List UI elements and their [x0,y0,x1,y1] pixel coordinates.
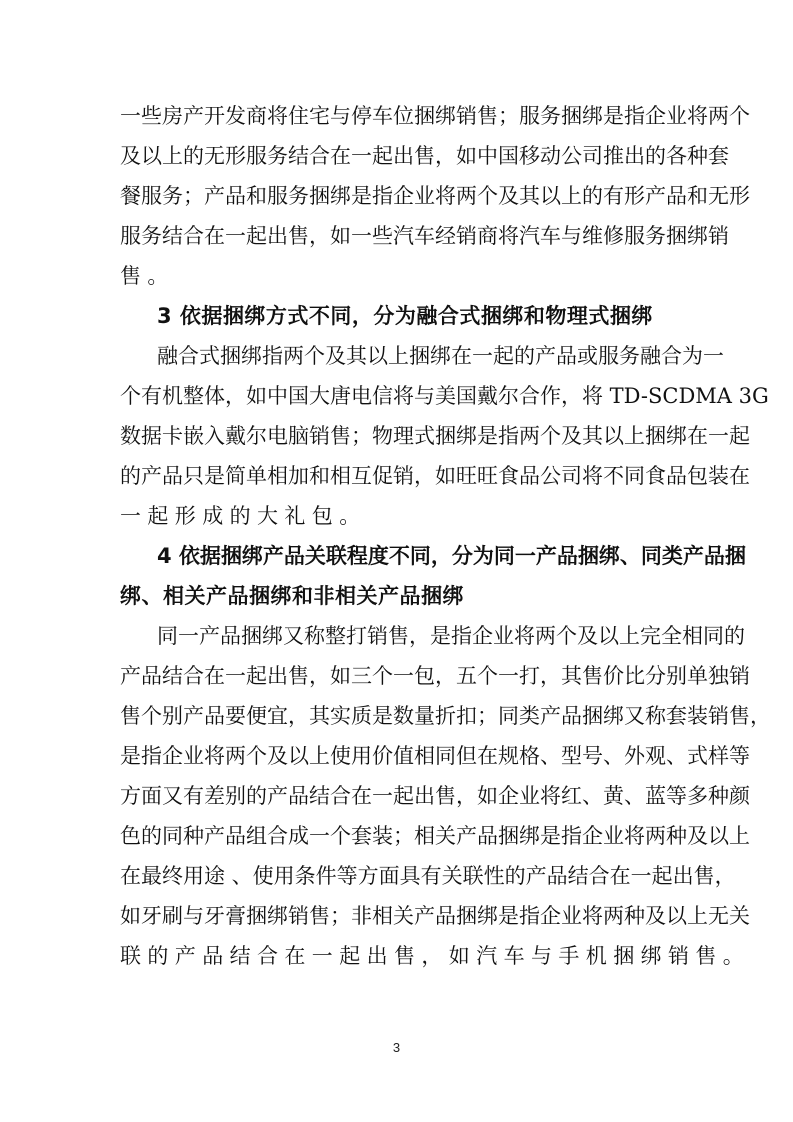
paragraph-line: 售个别产品要便宜，其实质是数量折扣；同类产品捆绑又称套装销售， [120,696,676,736]
paragraph-line: 个有机整体，如中国大唐电信将与美国戴尔合作，将 TD-SCDMA 3G [120,376,676,416]
paragraph-line: 融合式捆绑指两个及其以上捆绑在一起的产品或服务融合为一 [120,336,676,376]
section-heading-4-continued: 绑、相关产品捆绑和非相关产品捆绑 [120,576,676,616]
paragraph-line: 的产品只是简单相加和相互促销，如旺旺食品公司将不同食品包装在 [120,456,676,496]
paragraph-line: 产品结合在一起出售，如三个一包，五个一打，其售价比分别单独销 [120,656,676,696]
paragraph-line: 同一产品捆绑又称整打销售，是指企业将两个及以上完全相同的 [120,616,676,656]
paragraph-line: 售。 [120,256,676,296]
paragraph-line: 在最终用途 、使用条件等方面具有关联性的产品结合在一起出售， [120,856,676,896]
page-number: 3 [0,1040,793,1055]
section-heading-3: 3 依据捆绑方式不同，分为融合式捆绑和物理式捆绑 [120,296,676,336]
document-page: 一些房产开发商将住宅与停车位捆绑销售；服务捆绑是指企业将两个 及以上的无形服务结… [0,0,793,1122]
section-heading-4: 4 依据捆绑产品关联程度不同，分为同一产品捆绑、同类产品捆 [120,536,676,576]
paragraph-line: 一些房产开发商将住宅与停车位捆绑销售；服务捆绑是指企业将两个 [120,96,676,136]
paragraph-line: 及以上的无形服务结合在一起出售，如中国移动公司推出的各种套 [120,136,676,176]
paragraph-line: 色的同种产品组合成一个套装；相关产品捆绑是指企业将两种及以上 [120,816,676,856]
paragraph-line: 数据卡嵌入戴尔电脑销售；物理式捆绑是指两个及其以上捆绑在一起 [120,416,676,456]
paragraph-line: 服务结合在一起出售，如一些汽车经销商将汽车与维修服务捆绑销 [120,216,676,256]
paragraph-line: 是指企业将两个及以上使用价值相同但在规格、型号、外观、式样等 [120,736,676,776]
paragraph-line: 联的产品结合在一起出售，如汽车与手机捆绑销售。 [120,936,676,976]
body-text: 一些房产开发商将住宅与停车位捆绑销售；服务捆绑是指企业将两个 及以上的无形服务结… [120,96,676,976]
paragraph-line: 方面又有差别的产品结合在一起出售，如企业将红、黄、蓝等多种颜 [120,776,676,816]
paragraph-line: 一起形成的大礼包。 [120,496,676,536]
paragraph-line: 如牙刷与牙膏捆绑销售；非相关产品捆绑是指企业将两种及以上无关 [120,896,676,936]
paragraph-line: 餐服务；产品和服务捆绑是指企业将两个及其以上的有形产品和无形 [120,176,676,216]
